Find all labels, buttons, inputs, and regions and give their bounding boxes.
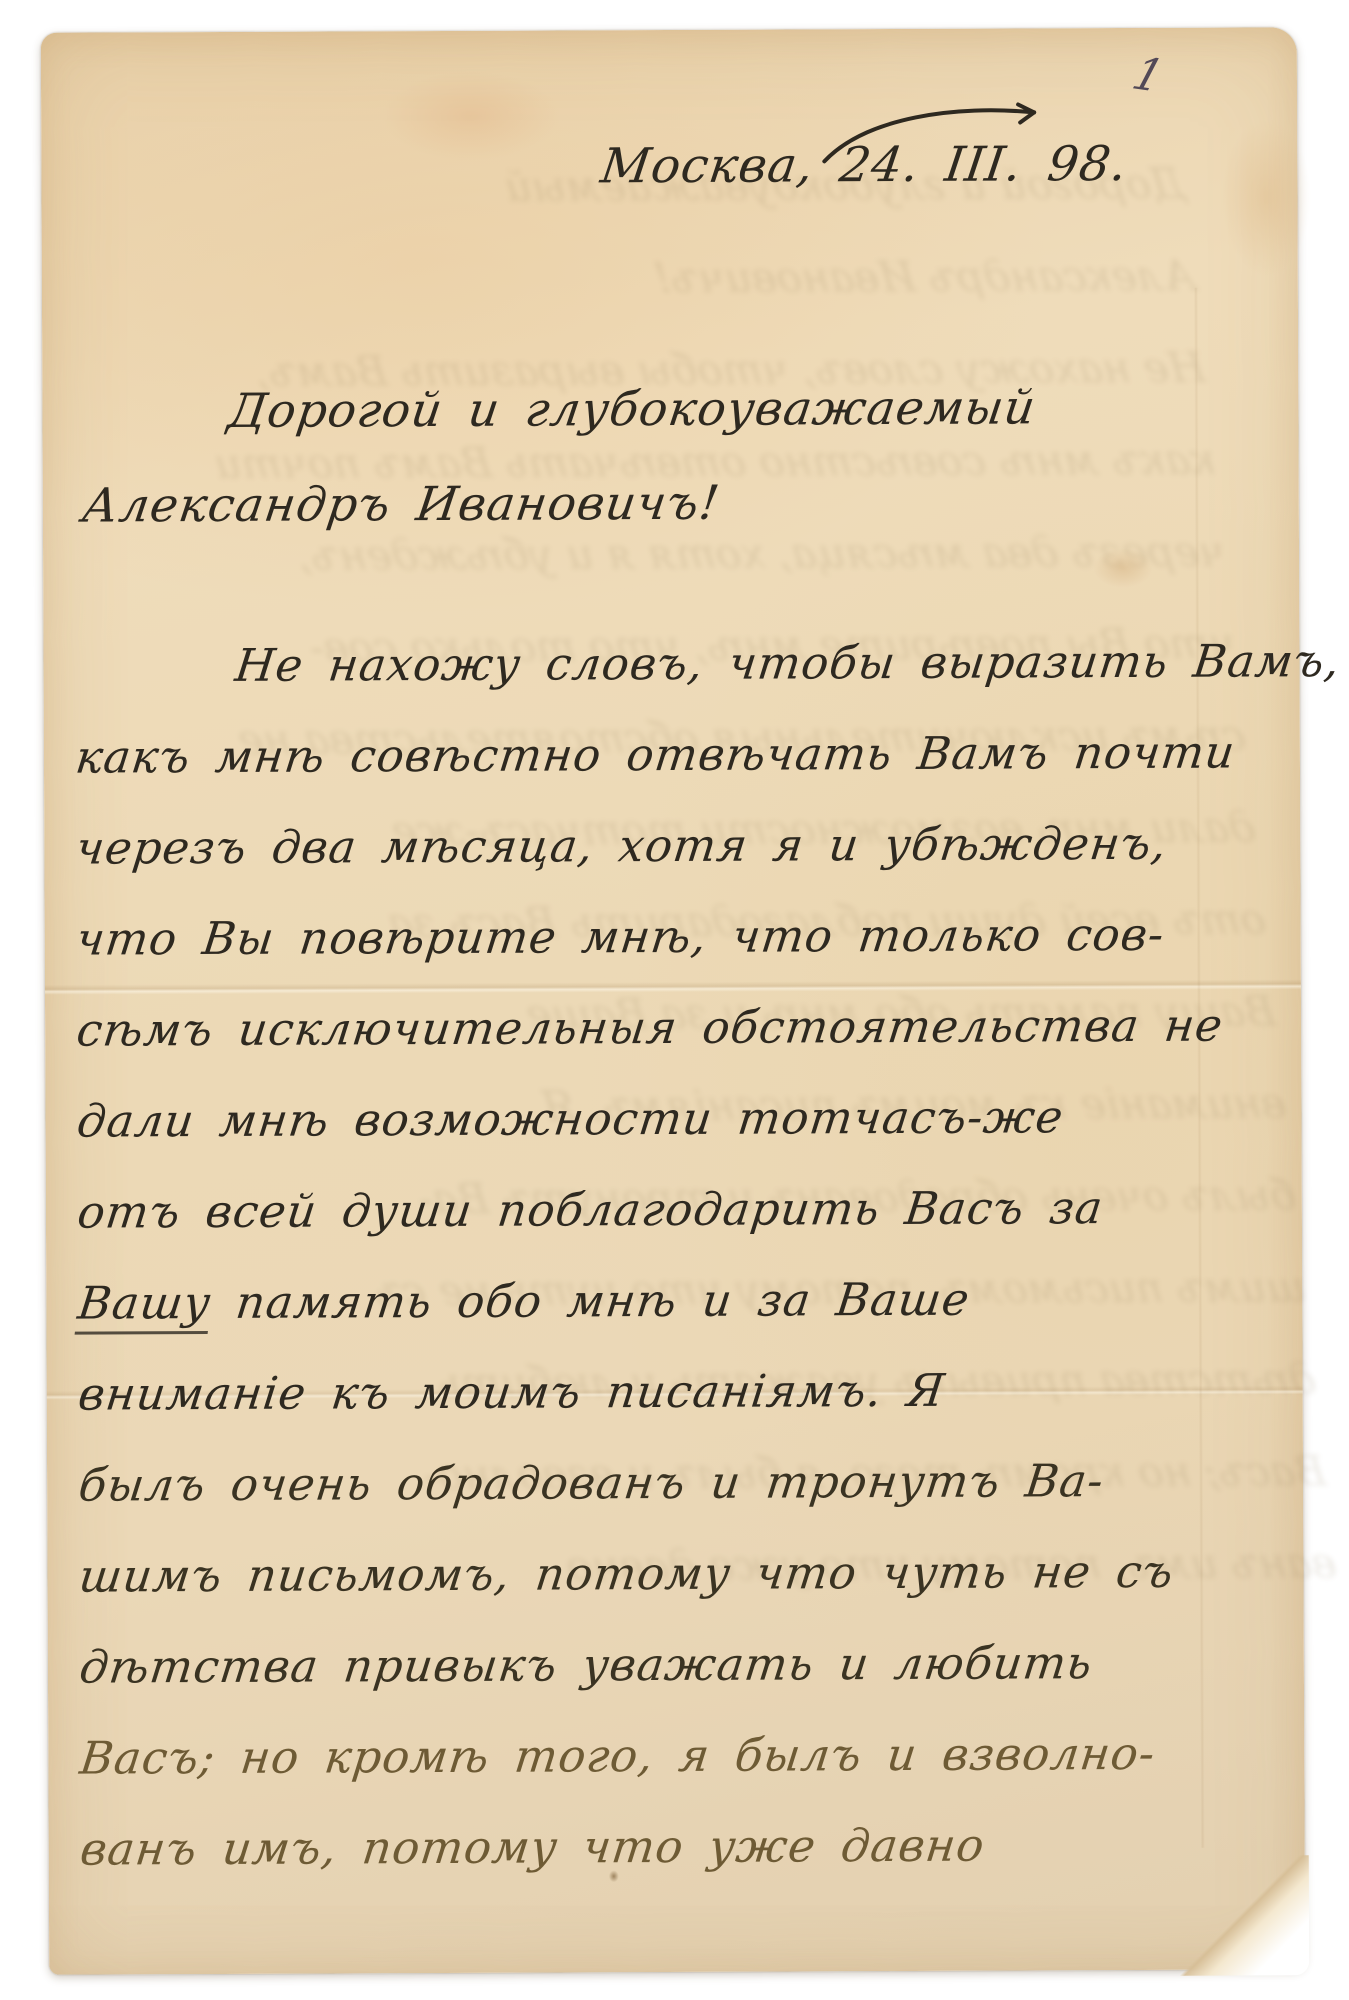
letter-line: былъ очень обрадованъ и тронутъ Ва- xyxy=(74,1435,1159,1531)
fold-crease-vertical xyxy=(1194,288,1205,1848)
letter-line: сѣмъ исключительныя обстоятельства не xyxy=(72,980,1157,1076)
letter-line: Вашу память обо мнѣ и за Ваше xyxy=(73,1253,1158,1349)
letter-line: дали мнѣ возможности тотчасъ-же xyxy=(72,1071,1157,1167)
letter-page: Дорогой и глубокоуважаемыйАлександръ Ива… xyxy=(41,27,1305,1974)
letter-line: черезъ два мѣсяца, хотя я и убѣжденъ, xyxy=(71,798,1156,894)
torn-corner xyxy=(1179,1855,1310,1976)
bleedthrough-line: Александръ Ивановичъ! xyxy=(4,230,1200,327)
letter-line: ванъ имъ, потому что уже давно xyxy=(75,1799,1160,1895)
paper-stain xyxy=(1221,117,1312,277)
letter-body: Не нахожу словъ, чтобы выразить Вамъ,как… xyxy=(75,616,1155,1895)
letter-line: дѣтства привыкъ уважать и любить xyxy=(75,1617,1160,1713)
letter-line: Не нахожу словъ, чтобы выразить Вамъ, xyxy=(70,616,1155,712)
letter-line: вниманіе къ моимъ писаніямъ. Я xyxy=(73,1344,1158,1440)
salutation-block: Дорогой и глубокоуважаемыйАлександръ Ива… xyxy=(41,27,1297,32)
dateline: Москва, 24. III. 98. xyxy=(598,136,1132,194)
salutation-line: Александръ Ивановичъ! xyxy=(79,476,723,534)
letter-line: какъ мнѣ совѣстно отвѣчать Вамъ почти xyxy=(71,707,1156,803)
salutation-line: Дорогой и глубокоуважаемый xyxy=(225,380,1040,439)
underlined-word: Вашу xyxy=(75,1276,215,1335)
paper-stain xyxy=(1093,548,1153,588)
letter-line: шимъ письмомъ, потому что чуть не съ xyxy=(74,1526,1159,1622)
letter-line: отъ всей души поблагодарить Васъ за xyxy=(73,1162,1158,1258)
scan-background: Дорогой и глубокоуважаемыйАлександръ Ива… xyxy=(0,0,1349,2000)
paper-stain xyxy=(381,70,561,161)
letter-line: Васъ; но кромѣ того, я былъ и взволно- xyxy=(75,1708,1160,1804)
letter-line: что Вы повѣрите мнѣ, что только сов- xyxy=(71,889,1156,985)
page-number-mark: 1 xyxy=(1127,48,1171,102)
